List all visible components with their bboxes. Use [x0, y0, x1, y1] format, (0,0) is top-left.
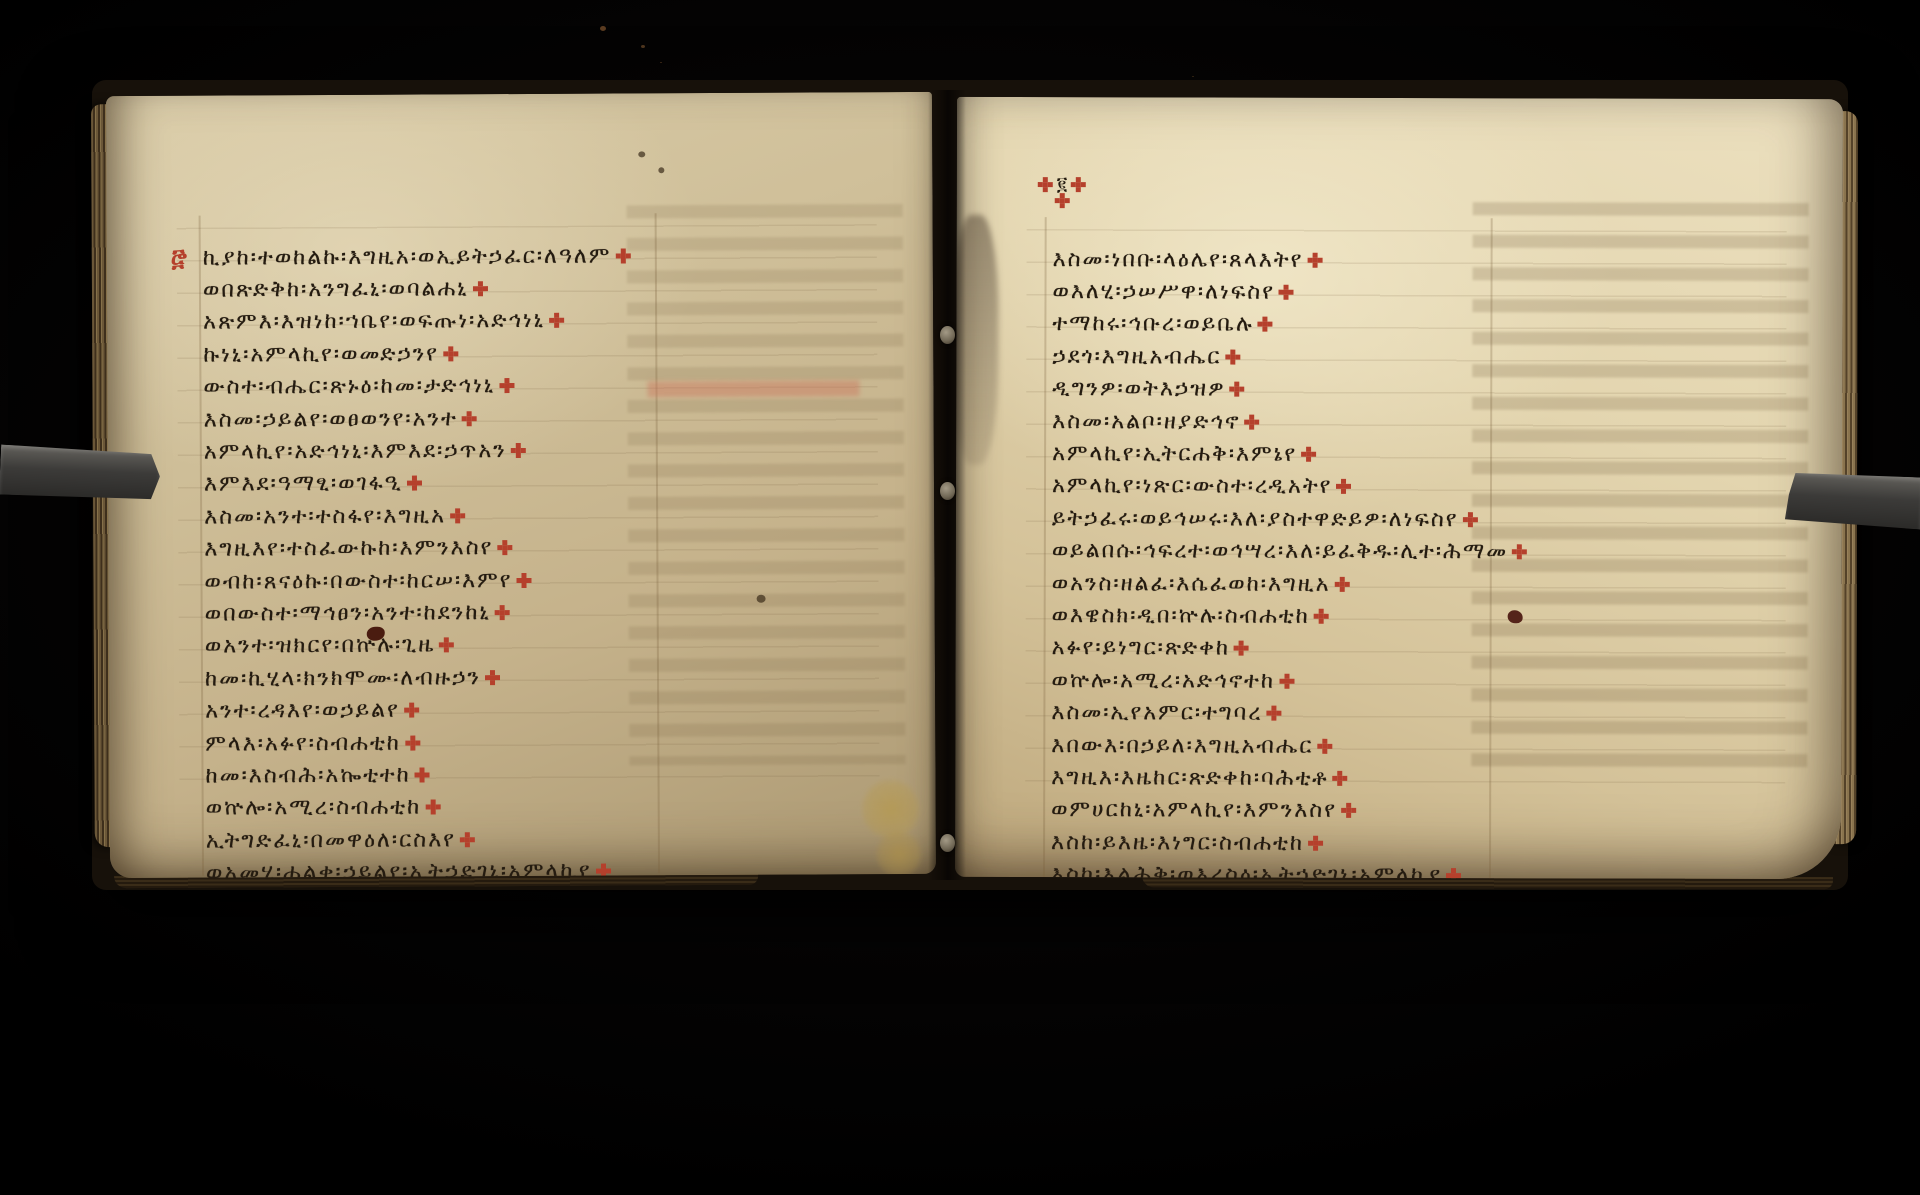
manuscript-text-line: እምእደ፡ዓማፂ፡ወገፋዒ	[204, 466, 627, 501]
manuscript-text-line: ኪያከ፡ተወከልኩ፡እግዚአ፡ወኢይትኃፈር፡ለዓለም	[203, 239, 626, 274]
spot	[638, 151, 645, 157]
line-separator-cross-icon	[1263, 322, 1268, 327]
spot	[658, 167, 664, 173]
manuscript-text-line: ወበጽድቅከ፡አንግፈኒ፡ወባልሐኒ	[203, 272, 626, 307]
right-page: ፪ እስመ፡ነበቡ፡ላዕሌየ፡ጸላእትየ ወእለሂ፡ኃሠሥዋ፡ለነፍስየ ተማከ…	[955, 97, 1843, 879]
geez-text: ውስተ፡ብሔር፡ጽኑዕ፡ከመ፡ታድኅነኒ	[203, 373, 495, 400]
line-separator-cross-icon	[1284, 290, 1289, 295]
stain	[876, 830, 922, 878]
manuscript-text-line: ኩነኒ፡አምላኪየ፡ወመድኃንየ	[203, 337, 626, 372]
geez-text: ወኵሎ፡አሚረ፡ስብሐቲከ	[206, 795, 422, 821]
line-separator-cross-icon	[1341, 484, 1346, 489]
geez-text: እበውእ፡በኃይለ፡እግዚአብሔር	[1051, 733, 1313, 759]
line-separator-cross-icon	[1517, 550, 1522, 555]
manuscript-text-line: ዲግንዎ፡ወትእኃዝዎ	[1052, 373, 1522, 407]
left-page: ፸ ኪያከ፡ተወከልኩ፡እግዚአ፡ወኢይትኃፈር፡ለዓለም ወበጽድቅከ፡አንግ…	[106, 92, 936, 878]
geez-text: አምላኪየ፡ነጽር፡ውስተ፡ረዲአትየ	[1052, 474, 1332, 500]
stain	[862, 778, 920, 840]
line-separator-cross-icon	[1312, 257, 1317, 262]
line-separator-cross-icon	[601, 869, 606, 874]
line-separator-cross-icon	[1272, 711, 1277, 716]
manuscript-text-line: ከመ፡እስብሕ፡አኰቲተከ	[205, 758, 628, 793]
geez-text: እግዚእ፡እዜከር፡ጽድቀከ፡ባሕቲቶ	[1051, 765, 1328, 791]
geez-text: ወእለሂ፡ኃሠሥዋ፡ለነፍስየ	[1052, 279, 1275, 305]
geez-text: ኃደጎ፡እግዚአብሔር	[1052, 344, 1221, 369]
line-separator-cross-icon	[1451, 873, 1456, 878]
line-separator-cross-icon	[1346, 808, 1351, 813]
manuscript-text-line: ወአመሂ፡ሐልቀ፡ኃይልየ፡ኢትኃድገኒ፡አምላኪየ	[206, 855, 629, 878]
line-separator-cross-icon	[500, 610, 505, 615]
line-separator-cross-icon	[521, 578, 526, 583]
line-separator-cross-icon	[448, 351, 453, 356]
manuscript-text-line: አምላኪየ፡አድኅነኒ፡እምእደ፡ኃጥአን	[204, 434, 627, 469]
line-separator-cross-icon	[1239, 646, 1244, 651]
manuscript-text-line: እስከ፡እልሕቅ፡ወእረስዕ፡ኢትኃድገኒ፡አምላኪየ	[1051, 859, 1521, 880]
line-separator-cross-icon	[504, 383, 509, 388]
photo-stage: ፸ ኪያከ፡ተወከልኩ፡እግዚአ፡ወኢይትኃፈር፡ለዓለም ወበጽድቅከ፡አንግ…	[0, 0, 1920, 1195]
right-page-text-block: እስመ፡ነበቡ፡ላዕሌየ፡ጸላእትየ ወእለሂ፡ኃሠሥዋ፡ለነፍስየ ተማከሩ፡…	[1051, 243, 1523, 879]
geez-text: አጽምእ፡እዝነከ፡ኀቤየ፡ወፍጡነ፡አድኅነኒ	[203, 308, 545, 335]
manuscript-text-line: ወምሀርከኒ፡አምላኪየ፡እምንእስየ	[1051, 794, 1521, 828]
line-separator-cross-icon	[620, 253, 625, 258]
geez-text: ኪያከ፡ተወከልኩ፡እግዚአ፡ወኢይትኃፈር፡ለዓለም	[203, 243, 612, 270]
manuscript-text-line: አጽምእ፡እዝነከ፡ኀቤየ፡ወፍጡነ፡አድኅነኒ	[203, 304, 626, 339]
right-holding-strap	[1785, 470, 1920, 529]
geez-text: አፉየ፡ይነግር፡ጽድቀከ	[1052, 635, 1231, 660]
spot	[757, 595, 766, 603]
right-page-parchment: ፪ እስመ፡ነበቡ፡ላዕሌየ፡ጸላእትየ ወእለሂ፡ኃሠሥዋ፡ለነፍስየ ተማከ…	[955, 97, 1843, 879]
quire-mark-top: ፪	[1043, 173, 1081, 203]
geez-text: አንተ፡ረዳእየ፡ወኃይልየ	[205, 698, 400, 724]
geez-text: ምላእ፡አፉየ፡ስብሐቲከ	[205, 730, 401, 756]
manuscript-text-line: ተማከሩ፡ኅቡረ፡ወይቤሉ	[1052, 308, 1522, 342]
manuscript-text-line: አፉየ፡ይነግር፡ጽድቀከ	[1052, 632, 1522, 666]
manuscript-text-line: ውስተ፡ብሔር፡ጽኑዕ፡ከመ፡ታድኅነኒ	[203, 369, 626, 404]
geez-text: ወእዌስክ፡ዲበ፡ኵሉ፡ስብሐቲከ	[1052, 603, 1310, 629]
manuscript-text-line: እግዚእ፡እዜከር፡ጽድቀከ፡ባሕቲቶ	[1051, 761, 1521, 795]
geez-text: ኩነኒ፡አምላኪየ፡ወመድኃንየ	[203, 341, 439, 367]
line-separator-cross-icon	[465, 837, 470, 842]
manuscript-text-line: ወኵሎ፡አሚረ፡ስብሐቲከ	[206, 790, 629, 825]
geez-text: እስመ፡አልቦ፡ዘያድኅኖ	[1052, 409, 1240, 434]
cross-icon	[1059, 198, 1064, 203]
cross-icon	[1043, 182, 1048, 187]
manuscript-text-line: ወኵሎ፡አሚረ፡አድኅኖተከ	[1051, 664, 1521, 698]
line-separator-cross-icon	[1468, 517, 1473, 522]
manuscript-text-line: ወይልበሱ፡ኅፍረተ፡ወኅሣረ፡እለ፡ይፈቅዱ፡ሊተ፡ሕማመ	[1052, 535, 1522, 569]
geez-text: ይትኃፈሩ፡ወይኅሠሩ፡እለ፡ያስተዋድይዎ፡ለነፍስየ	[1052, 506, 1459, 532]
line-separator-cross-icon	[409, 708, 414, 713]
geez-text: እስከ፡ይእዜ፡እነግር፡ስብሐቲከ	[1051, 830, 1304, 856]
line-separator-cross-icon	[455, 513, 460, 518]
geez-text: እስመ፡ኃይልየ፡ወፀወንየ፡አንተ	[204, 406, 458, 432]
line-separator-cross-icon	[1338, 776, 1343, 781]
manuscript-text-line: ወበውስተ፡ማኅፀን፡አንተ፡ከደንከኒ	[205, 596, 628, 631]
manuscript-text-line: እበውእ፡በኃይለ፡እግዚአብሔር	[1051, 729, 1521, 763]
geez-text: ወምሀርከኒ፡አምላኪየ፡እምንእስየ	[1051, 797, 1337, 823]
cross-icon	[1076, 182, 1081, 187]
manuscript-text-line: ምላእ፡አፉየ፡ስብሐቲከ	[205, 725, 628, 760]
manuscript-text-line: እስመ፡ኃይልየ፡ወፀወንየ፡አንተ	[204, 401, 627, 436]
manuscript-text-line: እስመ፡አልቦ፡ዘያድኅኖ	[1052, 405, 1522, 439]
manuscript-text-line: አምላኪየ፡ነጽር፡ውስተ፡ረዲአትየ	[1052, 470, 1522, 504]
line-separator-cross-icon	[1322, 743, 1327, 748]
margin-rule-right	[655, 213, 660, 873]
binding-gutter	[928, 90, 966, 880]
geez-text: አምላኪየ፡አድኅነኒ፡እምእደ፡ኃጥአን	[204, 438, 507, 465]
line-separator-cross-icon	[502, 545, 507, 550]
manuscript-text-line: አንተ፡ረዳእየ፡ወኃይልየ	[205, 693, 628, 728]
margin-rule-left	[1043, 217, 1046, 877]
line-separator-cross-icon	[1306, 452, 1311, 457]
line-separator-cross-icon	[490, 675, 495, 680]
line-separator-cross-icon	[430, 805, 435, 810]
line-separator-cross-icon	[444, 643, 449, 648]
manuscript-text-line: አምላኪየ፡ኢትርሐቅ፡እምኔየ	[1052, 437, 1522, 471]
line-separator-cross-icon	[1230, 354, 1235, 359]
geez-text: እስመ፡ነበቡ፡ላዕሌየ፡ጸላእትየ	[1053, 247, 1304, 273]
geez-text: እምእደ፡ዓማፂ፡ወገፋዒ	[204, 471, 403, 497]
manuscript-text-line: እስመ፡ኢየአምር፡ተግባረ	[1051, 697, 1521, 731]
line-separator-cross-icon	[420, 772, 425, 777]
manuscript-text-line: እስከ፡ይእዜ፡እነግር፡ስብሐቲከ	[1051, 826, 1521, 860]
geez-text: ከመ፡እስብሕ፡አኰቲተከ	[205, 763, 410, 789]
geez-text: ዲግንዎ፡ወትእኃዝዎ	[1052, 376, 1225, 401]
line-separator-cross-icon	[410, 740, 415, 745]
line-separator-cross-icon	[554, 318, 559, 323]
manuscript-text-line: ወእዌስክ፡ዲበ፡ኵሉ፡ስብሐቲከ	[1052, 599, 1522, 633]
geez-text: ወኵሎ፡አሚረ፡አድኅኖተከ	[1051, 668, 1275, 694]
manuscript-text-line: ወብከ፡ጸናዕኩ፡በውስተ፡ከርሠ፡እምየ	[204, 563, 627, 598]
geez-text: ወበጽድቅከ፡አንግፈኒ፡ወባልሐኒ	[203, 276, 469, 302]
geez-text: ወብከ፡ጸናዕኩ፡በውስተ፡ከርሠ፡እምየ	[204, 568, 512, 595]
manuscript-text-line: እግዚእየ፡ተስፈውኩከ፡እምንእስየ	[204, 531, 627, 566]
showthrough-text	[627, 204, 906, 765]
geez-text: ወአንስ፡ዘልፈ፡እሴፈወከ፡እግዚአ	[1052, 571, 1331, 597]
manuscript-text-line: እስመ፡አንተ፡ተስፋየ፡እግዚአ	[204, 499, 627, 534]
geez-text: ወበውስተ፡ማኅፀን፡አንተ፡ከደንከኒ	[205, 600, 491, 626]
manuscript-text-line: ወእለሂ፡ኃሠሥዋ፡ለነፍስየ	[1052, 275, 1522, 309]
quire-number: ፪	[1057, 173, 1067, 195]
left-page-text-block: ፸ ኪያከ፡ተወከልኩ፡እግዚአ፡ወኢይትኃፈር፡ለዓለም ወበጽድቅከ፡አንግ…	[203, 239, 629, 878]
quire-mark-row: ፪	[1043, 173, 1081, 195]
psalm-number-rubric: ፸	[171, 244, 187, 272]
geez-text: ከመ፡ኪሂላ፡ክንክሞሙ፡ለብዙኃን	[205, 665, 481, 691]
geez-text: ወአመሂ፡ሐልቀ፡ኃይልየ፡ኢትኃድገኒ፡አምላኪየ	[206, 859, 592, 878]
manuscript-text-line: ኢትግድፈኒ፡በመዋዕለ፡ርስእየ	[206, 822, 629, 857]
geez-text: እስመ፡ኢየአምር፡ተግባረ	[1051, 700, 1262, 726]
geez-text: ተማከሩ፡ኅቡረ፡ወይቤሉ	[1052, 312, 1253, 338]
line-separator-cross-icon	[1235, 387, 1240, 392]
line-separator-cross-icon	[1340, 581, 1345, 586]
line-separator-cross-icon	[1319, 614, 1324, 619]
geez-text: አምላኪየ፡ኢትርሐቅ፡እምኔየ	[1052, 441, 1297, 467]
line-separator-cross-icon	[516, 448, 521, 453]
geez-text: ኢትግድፈኒ፡በመዋዕለ፡ርስእየ	[206, 827, 456, 853]
geez-text: ወይልበሱ፡ኅፍረተ፡ወኅሣረ፡እለ፡ይፈቅዱ፡ሊተ፡ሕማመ	[1052, 538, 1508, 564]
manuscript-text-line: ወአንተ፡ዝክርየ፡በኵሉ፡ጊዜ	[205, 628, 628, 663]
geez-text: ወአንተ፡ዝክርየ፡በኵሉ፡ጊዜ	[205, 633, 435, 659]
manuscript-text-line: ኃደጎ፡እግዚአብሔር	[1052, 340, 1522, 374]
debris-specks	[600, 26, 606, 31]
geez-text: እስመ፡አንተ፡ተስፋየ፡እግዚአ	[204, 503, 446, 529]
line-separator-cross-icon	[412, 481, 417, 486]
line-separator-cross-icon	[467, 416, 472, 421]
line-separator-cross-icon	[478, 286, 483, 291]
manuscript-text-line: ወአንስ፡ዘልፈ፡እሴፈወከ፡እግዚአ	[1052, 567, 1522, 601]
sewing-thread-knot	[940, 482, 955, 500]
geez-text: እግዚእየ፡ተስፈውኩከ፡እምንእስየ	[204, 535, 493, 562]
manuscript-text-line: እስመ፡ነበቡ፡ላዕሌየ፡ጸላእትየ	[1053, 243, 1523, 277]
left-page-parchment: ፸ ኪያከ፡ተወከልኩ፡እግዚአ፡ወኢይትኃፈር፡ለዓለም ወበጽድቅከ፡አንግ…	[106, 92, 936, 878]
showthrough-rubric	[647, 380, 859, 397]
sewing-thread-knot	[940, 326, 955, 344]
line-separator-cross-icon	[1284, 678, 1289, 683]
line-separator-cross-icon	[1250, 419, 1255, 424]
manuscript-text-line: ከመ፡ኪሂላ፡ክንክሞሙ፡ለብዙኃን	[205, 661, 628, 696]
geez-text: እስከ፡እልሕቅ፡ወእረስዕ፡ኢትኃድገኒ፡አምላኪየ	[1051, 862, 1442, 879]
sewing-thread-knot	[940, 834, 955, 852]
line-separator-cross-icon	[1313, 840, 1318, 845]
manuscript-text-line: ይትኃፈሩ፡ወይኅሠሩ፡እለ፡ያስተዋድይዎ፡ለነፍስየ	[1052, 502, 1522, 536]
